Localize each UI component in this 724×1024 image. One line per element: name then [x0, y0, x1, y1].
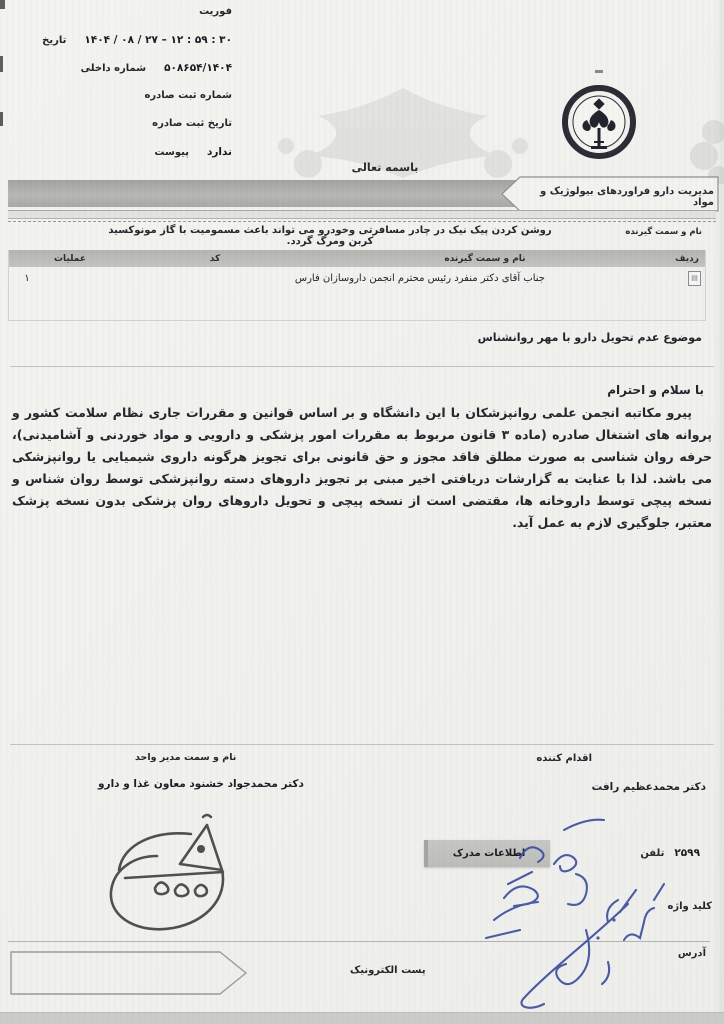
- warning-text: روشن کردن پیک نیک در چادر مسافرتی وخودرو…: [95, 225, 565, 247]
- field-date: تاریخ ۱۴۰۴ / ۰۸ / ۲۷ – ۱۲ : ۵۹ : ۳۰: [42, 34, 232, 46]
- attachment-label: پیوست: [154, 147, 189, 158]
- attachment-value: ندارد: [207, 146, 232, 158]
- salutation: با سلام و احترام: [607, 383, 704, 397]
- actor-label: اقدام کننده: [536, 753, 592, 764]
- letter-body: پیرو مکاتبه انجمن علمی روانپزشکان با این…: [12, 402, 712, 534]
- field-urgency: فوریت: [199, 6, 232, 17]
- university-logo: دانشگاه علوم پزشکی و خدمات بهداشتی درمان…: [551, 70, 647, 166]
- besmellah: باسمه تعالی: [330, 161, 440, 174]
- banner-underline-band: [8, 210, 716, 219]
- internal-no-label: شماره داخلی: [81, 63, 146, 74]
- divider-line: [10, 366, 714, 367]
- col-header-code: کد: [129, 254, 301, 264]
- table-header-row: ردیف نام و سمت گیرنده کد عملیات: [9, 250, 705, 267]
- manager-label: نام و سمت مدیر واحد: [135, 752, 236, 763]
- col-header-recipient: نام و سمت گیرنده: [301, 254, 669, 264]
- watermark-ornament: [676, 118, 724, 184]
- scan-artifact: [0, 112, 3, 126]
- divider-line: [10, 744, 714, 745]
- field-issued-date: تاریخ ثبت صادره: [152, 118, 232, 129]
- actor-name: دکتر محمدعظیم رافت: [592, 781, 706, 793]
- date-label: تاریخ: [42, 35, 66, 46]
- scan-bottom-strip: [0, 1012, 724, 1024]
- date-value: ۱۴۰۴ / ۰۸ / ۲۷ – ۱۲ : ۵۹ : ۳۰: [84, 34, 232, 46]
- recipients-table: ردیف نام و سمت گیرنده کد عملیات ۱ جناب آ…: [8, 250, 706, 321]
- scan-artifact: [0, 56, 3, 72]
- official-stamp: [95, 812, 270, 940]
- issued-date-label: تاریخ ثبت صادره: [152, 118, 232, 129]
- field-internal-no: شماره داخلی ۵۰۸۶۵۴/۱۴۰۴: [81, 62, 232, 74]
- urgency-label: فوریت: [199, 6, 232, 17]
- manager-name: دکتر محمدجواد خشنود معاون غذا و دارو: [98, 778, 304, 790]
- field-attachment: پیوست ندارد: [154, 146, 232, 158]
- dotted-rule: [8, 221, 716, 222]
- row-index: ۱: [9, 273, 45, 284]
- scanned-letter-page: فوریت تاریخ ۱۴۰۴ / ۰۸ / ۲۷ – ۱۲ : ۵۹ : ۳…: [0, 0, 724, 1024]
- email-arrow-box: [10, 950, 250, 996]
- row-recipient: جناب آقای دکتر منفرد رئیس محترم انجمن دا…: [45, 273, 545, 284]
- table-row: ۱ جناب آقای دکتر منفرد رئیس محترم انجمن …: [9, 267, 705, 289]
- col-header-actions: عملیات: [11, 254, 129, 264]
- scan-artifact: [0, 0, 5, 9]
- handwritten-signature: [468, 812, 693, 1012]
- field-issued-no: شماره ثبت صادره: [144, 90, 232, 101]
- email-label: پست الکترونیک: [350, 965, 426, 976]
- internal-no-value: ۵۰۸۶۵۴/۱۴۰۴: [164, 62, 232, 74]
- col-header-index: ردیف: [669, 254, 705, 264]
- issued-no-label: شماره ثبت صادره: [144, 90, 232, 101]
- recipient-label: نام و سمت گیرنده: [625, 227, 702, 237]
- dept-banner-title: مدیریت دارو فراوردهای بیولوژیک و مواد: [524, 186, 714, 208]
- subject-line: موضوع عدم تحویل دارو با مهر روانشناس: [478, 331, 702, 344]
- row-action-icon[interactable]: ▤: [688, 271, 701, 286]
